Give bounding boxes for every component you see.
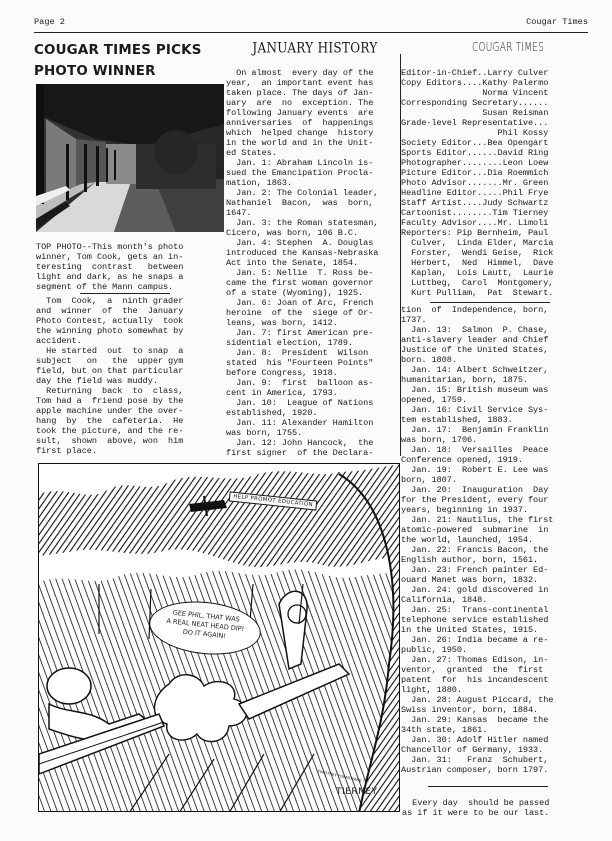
masthead-title: COUGAR TIMES [436, 39, 580, 54]
cartoonist-signature: TIERNEY [336, 787, 378, 797]
caption-divider [80, 293, 170, 294]
photo-story-body: Tom Cook, a ninth grader and winner of t… [36, 296, 226, 456]
paper-name: Cougar Times [526, 17, 588, 27]
winning-photo [36, 84, 224, 232]
closing-motto: Every day should be passed as if it were… [402, 798, 612, 818]
page-number: Page 2 [34, 17, 65, 27]
january-history-continued: tion of Independence, born, 1737. Jan. 1… [401, 305, 611, 775]
surfing-cartoon: HELP PROMOT EDUCATION GEE PHIL, THAT WAS… [38, 463, 400, 812]
staff-list: Editor-in-Chief..Larry Culver Copy Edito… [401, 68, 611, 298]
photo-story-headline: COUGAR TIMES PICKS PHOTO WINNER [34, 40, 224, 82]
header-rule [34, 32, 588, 33]
headline-line-1: COUGAR TIMES PICKS [34, 40, 224, 61]
headline-line-2: PHOTO WINNER [34, 61, 224, 82]
walkway-photo-image [36, 84, 224, 232]
photo-caption: TOP PHOTO--This month's photo winner, To… [36, 242, 226, 292]
motto-divider [428, 786, 548, 787]
masthead-divider [430, 302, 550, 303]
january-history-body: On almost every day of the year, an impo… [226, 68, 401, 458]
january-history-title: JANUARY HISTORY [230, 40, 400, 56]
